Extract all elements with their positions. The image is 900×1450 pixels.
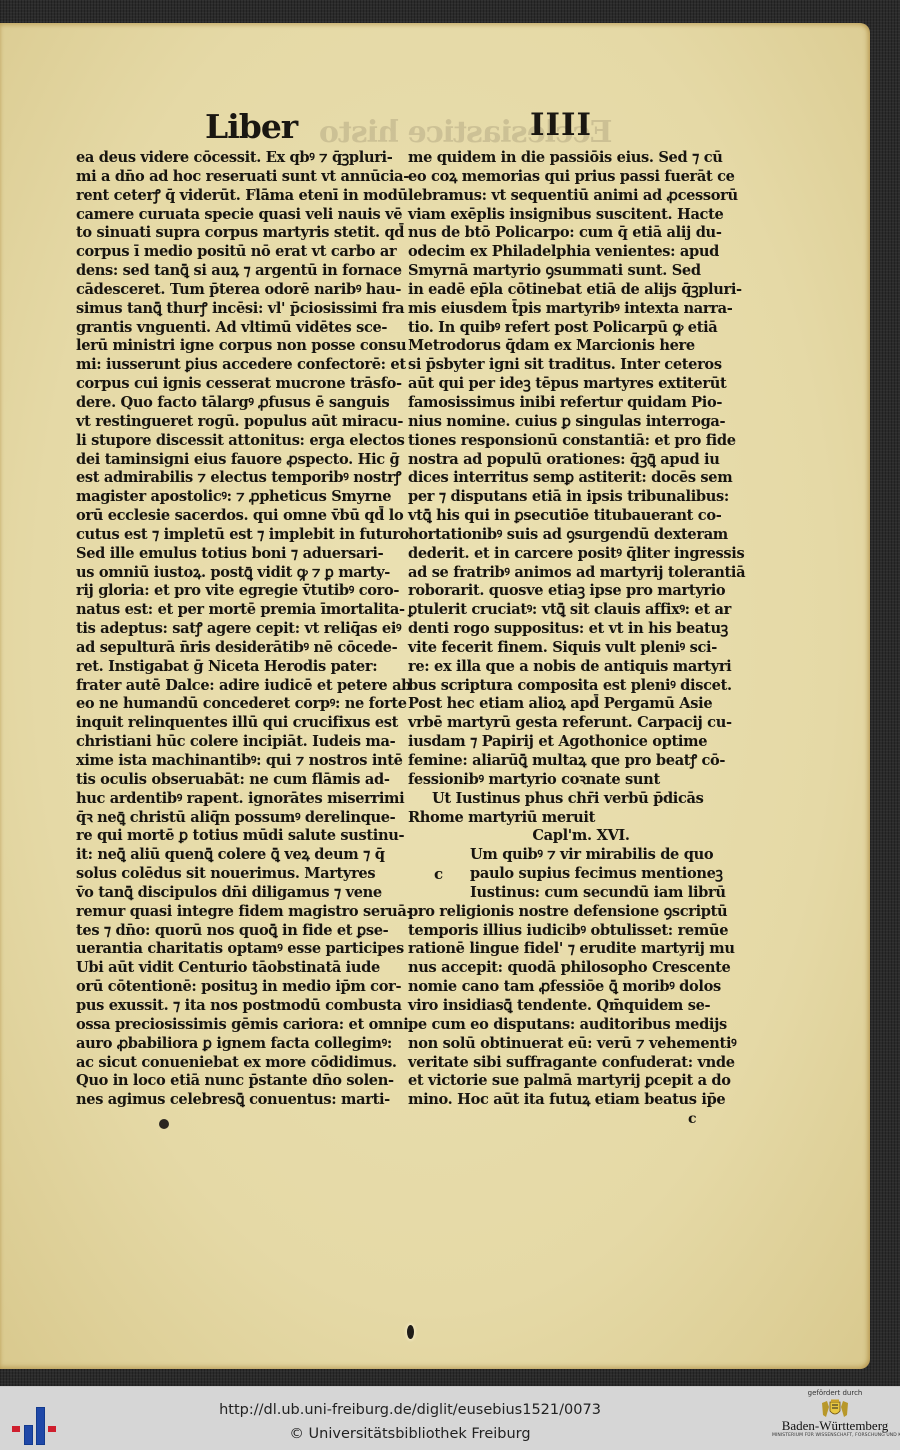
text-line: re: ex illa que a nobis de antiquis mart… bbox=[408, 658, 734, 677]
text-line: tio. In quibꝰ refert post Policarpū ꝙ et… bbox=[408, 319, 734, 338]
text-line: ad sepulturā n̄ris desiderātibꝰ nē cōced… bbox=[76, 639, 386, 658]
text-line: lerū ministri igne corpus non posse cons… bbox=[76, 337, 386, 356]
text-line: Ubi aūt vidit Centurio tāobstinatā iude bbox=[76, 959, 386, 978]
text-line: veritate sibi suffragante confuderat: vn… bbox=[408, 1054, 734, 1073]
text-line: aūt qui per ideꝫ tēpus martyres extiterū… bbox=[408, 375, 734, 394]
text-line: nus de btō Policarpo: cum q̄ etiā alij d… bbox=[408, 224, 734, 243]
left-column: ea deus videre cōcessit. Ex qbꝰ ⁊ q̄ꝫplu… bbox=[76, 149, 386, 1110]
text-line: cutus est ⁊ impletū est ⁊ implebit in fu… bbox=[76, 526, 386, 545]
ink-dot bbox=[159, 1119, 169, 1129]
text-line: grantis vnguenti. Ad vltimū vidētes sce- bbox=[76, 319, 386, 338]
text-line: mino. Hoc aūt ita futuꝝ etiam beatus ip̄… bbox=[408, 1091, 734, 1110]
text-line: nus accepit: quodā philosopho Crescente bbox=[408, 959, 734, 978]
text-line: pe cum eo disputans: auditoribus medijs bbox=[408, 1016, 734, 1035]
text-line: nes agimus celebresꝗ̄ conuentus: marti- bbox=[76, 1091, 386, 1110]
text-line: Smyrnā martyrio ꝯsummati sunt. Sed bbox=[408, 262, 734, 281]
text-line: mi a dn̄o ad hoc reseruati sunt vt annūc… bbox=[76, 168, 386, 187]
text-line: cādesceret. Tum p̄terea odorē naribꝰ hau… bbox=[76, 281, 386, 300]
text-line: mi: iusserunt ꝑius accedere confectorē: … bbox=[76, 356, 386, 375]
text-line: us omniū iustoꝝ. postꝗ̄ vidit ꝙ ⁊ ꝑ mart… bbox=[76, 564, 386, 583]
text-line: tis oculis obseruabāt: ne cum flāmis ad- bbox=[76, 771, 386, 790]
text-line: dei taminsigni eius fauore ꝓspecto. Hic … bbox=[76, 451, 386, 470]
text-line: vt restingueret rogū. populus aūt miracu… bbox=[76, 413, 386, 432]
text-line: tis adeptus: satꝭ agere cepit: vt reliq̄… bbox=[76, 620, 386, 639]
chapter-opening-line: Iustinus: cum secundū iam librū bbox=[408, 884, 734, 903]
signature-mark: c bbox=[688, 1111, 697, 1127]
text-line: to sinuati supra corpus martyris stetit.… bbox=[76, 224, 386, 243]
text-line: vrbē martyrū gesta referunt. Carpacij cu… bbox=[408, 714, 734, 733]
text-line: li stupore discessit attonitus: erga ele… bbox=[76, 432, 386, 451]
text-line: pus exussit. ⁊ ita nos postmodū combusta bbox=[76, 997, 386, 1016]
text-line: camere curuata specie quasi veli nauis v… bbox=[76, 206, 386, 225]
text-line: solus colēdus sit nouerimus. Martyres bbox=[76, 865, 386, 884]
text-line: dederit. et in carcere positꝰ q̄liter in… bbox=[408, 545, 734, 564]
wormhole bbox=[407, 1325, 414, 1339]
text-line: tiones responsionū constantiā: et pro fi… bbox=[408, 432, 734, 451]
text-line: non solū obtinuerat eū: verū ⁊ vehementi… bbox=[408, 1035, 734, 1054]
text-line: ossa preciosissimis gēmis cariora: et om… bbox=[76, 1016, 386, 1035]
text-line: uerantia charitatis optamꝰ esse particip… bbox=[76, 940, 386, 959]
footer-bar: http://dl.ub.uni-freiburg.de/diglit/euse… bbox=[0, 1386, 900, 1450]
text-line: femine: aliarūꝗ̄ multaꝝ que pro beatꝭ cō… bbox=[408, 752, 734, 771]
text-line: fessionibꝰ martyrio coꝛnate sunt bbox=[408, 771, 734, 790]
text-line: re qui mortē ꝑ totius mūdi salute sustin… bbox=[76, 827, 386, 846]
text-line: v̄o tanꝗ̄ discipulos dn̄i diligamus ⁊ ve… bbox=[76, 884, 386, 903]
text-line: dere. Quo facto tālargꝰ ꝓfusus ē sanguis bbox=[76, 394, 386, 413]
text-line: rent ceterꝭ q̄ viderūt. Flāma etenī in m… bbox=[76, 187, 386, 206]
text-line: vtꝗ̄ his qui in ꝑsecutiōe titubauerant c… bbox=[408, 507, 734, 526]
text-line: orū ecclesie sacerdos. qui omne v̄bū qd̄… bbox=[76, 507, 386, 526]
text-line: dices interritus semꝑ astiterit: docēs s… bbox=[408, 469, 734, 488]
text-line: pro religionis nostre defensione ꝯscript… bbox=[408, 903, 734, 922]
text-line: Quo in loco etiā nunc p̄stante dn̄o sole… bbox=[76, 1072, 386, 1091]
text-line: roborarit. quosve etiaꝫ ipse pro martyri… bbox=[408, 582, 734, 601]
text-line: corpus ī medio positū nō erat vt carbo a… bbox=[76, 243, 386, 262]
text-line: simus tanꝗ̄ thurꝭ incēsi: vl' p̄ciosissi… bbox=[76, 300, 386, 319]
chapter-heading-line: Ut Iustinus phus chr̄i verbū p̄dicās bbox=[408, 790, 734, 809]
text-line: bus scriptura composita est pleniꝰ disce… bbox=[408, 677, 734, 696]
text-line: corpus cui ignis cesserat mucrone trāsfo… bbox=[76, 375, 386, 394]
text-line: mis eiusdem t̄pis martyribꝰ intexta narr… bbox=[408, 300, 734, 319]
text-line: me quidem in die passiōis eius. Sed ⁊ cū bbox=[408, 149, 734, 168]
text-line: ret. Instigabat ḡ Niceta Herodis pater: bbox=[76, 658, 386, 677]
chapter-opening-line: Um quibꝰ ⁊ vir mirabilis de quo bbox=[408, 846, 734, 865]
text-line: nius nomine. cuius ꝑ singulas interroga- bbox=[408, 413, 734, 432]
running-head: Liber bbox=[205, 107, 297, 146]
chapter-heading-line: Rhome martyriū meruit bbox=[408, 809, 734, 828]
text-line: tes ⁊ dn̄o: quorū nos quoꝗ̄ in fide et ꝑ… bbox=[76, 922, 386, 941]
text-line: ea deus videre cōcessit. Ex qbꝰ ⁊ q̄ꝫplu… bbox=[76, 149, 386, 168]
text-line: odecim ex Philadelphia venientes: apud bbox=[408, 243, 734, 262]
text-line: eo coꝝ memorias qui prius passi fuerāt c… bbox=[408, 168, 734, 187]
right-column: me quidem in die passiōis eius. Sed ⁊ cū… bbox=[408, 149, 734, 1110]
sponsor-block[interactable]: gefördert durch Baden-Württemberg MINIST… bbox=[772, 1387, 898, 1450]
text-line: magister apostolicꝰ: ⁊ ꝓpheticus Smyrne bbox=[76, 488, 386, 507]
text-line: et victorie sue palmā martyrij ꝑcepit a … bbox=[408, 1072, 734, 1091]
text-line: rij gloria: et pro vite egregie v̄tutibꝰ… bbox=[76, 582, 386, 601]
text-line: ad se fratribꝰ animos ad martyrij tolera… bbox=[408, 564, 734, 583]
text-line: famosissimus inibi refertur quidam Pio- bbox=[408, 394, 734, 413]
text-line: q̄ꝛ neꝗ̄ christū aliq̄n possumꝰ derelinq… bbox=[76, 809, 386, 828]
sponsor-name: Baden-Württemberg bbox=[772, 1419, 898, 1433]
chapter-number: Capl'm. XVI. bbox=[408, 827, 734, 846]
text-line: xime ista machinantibꝰ: qui ⁊ nostros in… bbox=[76, 752, 386, 771]
text-line: Metrodorus q̄dam ex Marcionis here bbox=[408, 337, 734, 356]
text-line: si p̄sbyter igni sit traditus. Inter cet… bbox=[408, 356, 734, 375]
text-line: inquit relinquentes illū qui crucifixus … bbox=[76, 714, 386, 733]
text-line: denti rogo suppositus: et vt in his beat… bbox=[408, 620, 734, 639]
text-line: it: neꝗ̄ aliū quenꝗ̄ colere ꝗ̄ veꝝ deum … bbox=[76, 846, 386, 865]
text-line: ac sicut conueniebat ex more cōdidimus. bbox=[76, 1054, 386, 1073]
text-line: in eadē ep̄la cōtinebat etiā de alijs q̄… bbox=[408, 281, 734, 300]
text-line: viro insidiasꝗ̄ tendente. Qm̄quidem se- bbox=[408, 997, 734, 1016]
text-line: nostra ad populū orationes: q̄ꝫꝗ̄ apud i… bbox=[408, 451, 734, 470]
text-line: Post hec etiam alioꝝ apd̄ Pergamū Asie bbox=[408, 695, 734, 714]
text-line: dens: sed tanꝗ̄ si auꝝ ⁊ argentū in forn… bbox=[76, 262, 386, 281]
chapter-opening-line: paulo supius fecimus mentioneꝫ bbox=[408, 865, 734, 884]
coat-of-arms-icon bbox=[820, 1399, 850, 1419]
text-line: natus est: et per mortē premia īmortalit… bbox=[76, 601, 386, 620]
text-line: vite fecerit finem. Siquis vult pleniꝰ s… bbox=[408, 639, 734, 658]
sponsor-subtitle: MINISTERIUM FÜR WISSENSCHAFT, FORSCHUNG … bbox=[772, 1433, 898, 1438]
text-line: temporis illius iudicibꝰ obtulisset: rem… bbox=[408, 922, 734, 941]
text-line: remur quasi integre fidem magistro seruā… bbox=[76, 903, 386, 922]
permalink-url[interactable]: http://dl.ub.uni-freiburg.de/diglit/euse… bbox=[0, 1402, 820, 1418]
sponsor-label: gefördert durch bbox=[772, 1389, 898, 1397]
text-line: hortationibꝰ suis ad ꝯsurgendū dexteram bbox=[408, 526, 734, 545]
text-line: rationē lingue fidel' ⁊ erudite martyrij… bbox=[408, 940, 734, 959]
text-line: per ⁊ disputans etiā in ipsis tribunalib… bbox=[408, 488, 734, 507]
folio-number: IIII bbox=[530, 107, 592, 143]
text-line: viam exēplis insignibus suscitent. Hacte bbox=[408, 206, 734, 225]
text-line: auro ꝓbabiliora ꝑ ignem facta collegimꝰ: bbox=[76, 1035, 386, 1054]
text-line: lebramus: vt sequentiū animi ad ꝓcessorū bbox=[408, 187, 734, 206]
text-line: huc ardentibꝰ rapent. ignorātes miserrim… bbox=[76, 790, 386, 809]
text-line: est admirabilis ⁊ electus temporibꝰ nost… bbox=[76, 469, 386, 488]
copyright-text: © Universitätsbibliothek Freiburg bbox=[0, 1426, 820, 1442]
chapter-initial-guide-letter: c bbox=[434, 865, 443, 883]
text-line: orū cōtentionē: posituꝫ in medio ip̄m co… bbox=[76, 978, 386, 997]
scan-viewer: Ecclesiastice histo Liber IIII ea deus v… bbox=[0, 0, 900, 1386]
text-line: nomie cano tam ꝓfessiōe ꝗ̄ moribꝰ dolos bbox=[408, 978, 734, 997]
text-line: eo ne humandū concederet corpꝰ: ne forte bbox=[76, 695, 386, 714]
text-line: ꝑtulerit cruciatꝰ: vtꝗ̄ sit clauis affix… bbox=[408, 601, 734, 620]
text-line: frater autē Dalce: adire iudicē et peter… bbox=[76, 677, 386, 696]
text-line: iusdam ⁊ Papirij et Agothonice optime bbox=[408, 733, 734, 752]
text-line: Sed ille emulus totius boni ⁊ aduersari- bbox=[76, 545, 386, 564]
text-line: christiani hūc colere incipiāt. Iudeis m… bbox=[76, 733, 386, 752]
